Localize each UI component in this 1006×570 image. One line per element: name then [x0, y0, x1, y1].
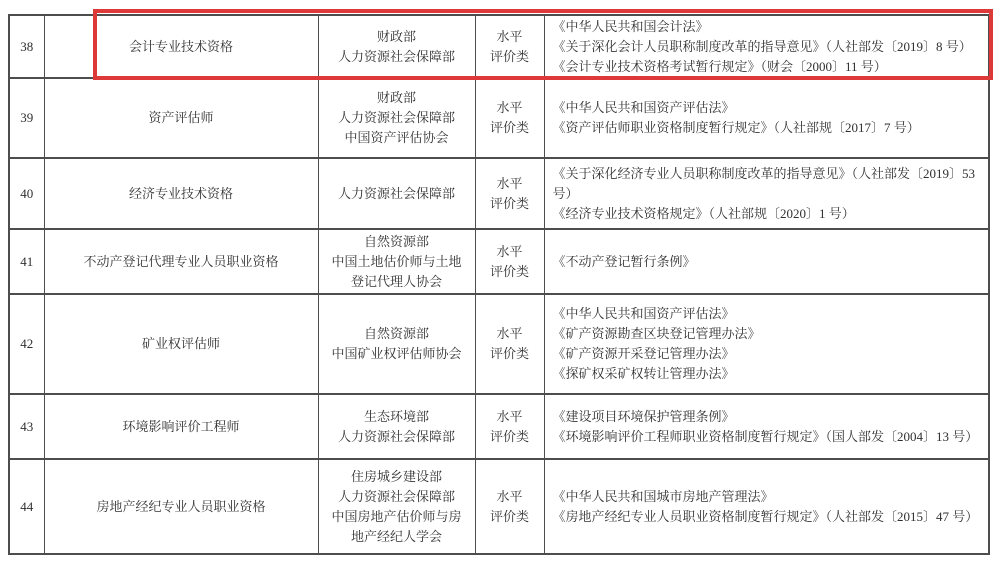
table-row: 38 会计专业技术资格 财政部 人力资源社会保障部 水平 评价类 《中华人民共和…	[9, 15, 989, 78]
qualification-name: 资产评估师	[44, 78, 318, 158]
qualification-name: 环境影响评价工程师	[44, 394, 318, 459]
qualification-category: 水平 评价类	[475, 294, 544, 394]
qualification-category: 水平 评价类	[475, 229, 544, 294]
legal-basis: 《中华人民共和国城市房地产管理法》 《房地产经纪专业人员职业资格制度暂行规定》（…	[544, 459, 989, 554]
qualification-table: 38 会计专业技术资格 财政部 人力资源社会保障部 水平 评价类 《中华人民共和…	[8, 14, 990, 555]
legal-basis: 《中华人民共和国资产评估法》 《矿产资源勘查区块登记管理办法》 《矿产资源开采登…	[544, 294, 989, 394]
legal-basis: 《建设项目环境保护管理条例》 《环境影响评价工程师职业资格制度暂行规定》（国人部…	[544, 394, 989, 459]
row-number: 39	[9, 78, 44, 158]
row-number: 41	[9, 229, 44, 294]
legal-basis: 《中华人民共和国资产评估法》 《资产评估师职业资格制度暂行规定》（人社部规〔20…	[544, 78, 989, 158]
table-row: 43 环境影响评价工程师 生态环境部 人力资源社会保障部 水平 评价类 《建设项…	[9, 394, 989, 459]
qualification-name: 矿业权评估师	[44, 294, 318, 394]
row-number: 44	[9, 459, 44, 554]
legal-basis: 《不动产登记暂行条例》	[544, 229, 989, 294]
qualification-category: 水平 评价类	[475, 394, 544, 459]
qualification-name: 经济专业技术资格	[44, 158, 318, 229]
legal-basis: 《中华人民共和国会计法》 《关于深化会计人员职称制度改革的指导意见》（人社部发〔…	[544, 15, 989, 78]
row-number: 42	[9, 294, 44, 394]
row-number: 38	[9, 15, 44, 78]
qualification-name: 不动产登记代理专业人员职业资格	[44, 229, 318, 294]
qualification-name: 房地产经纪专业人员职业资格	[44, 459, 318, 554]
table-row: 39 资产评估师 财政部 人力资源社会保障部 中国资产评估协会 水平 评价类 《…	[9, 78, 989, 158]
implementing-department: 人力资源社会保障部	[318, 158, 475, 229]
implementing-department: 住房城乡建设部 人力资源社会保障部 中国房地产估价师与房地产经纪人学会	[318, 459, 475, 554]
qualification-category: 水平 评价类	[475, 15, 544, 78]
implementing-department: 财政部 人力资源社会保障部 中国资产评估协会	[318, 78, 475, 158]
qualification-name: 会计专业技术资格	[44, 15, 318, 78]
legal-basis: 《关于深化经济专业人员职称制度改革的指导意见》（人社部发〔2019〕53 号） …	[544, 158, 989, 229]
table-row: 40 经济专业技术资格 人力资源社会保障部 水平 评价类 《关于深化经济专业人员…	[9, 158, 989, 229]
table-row: 42 矿业权评估师 自然资源部 中国矿业权评估师协会 水平 评价类 《中华人民共…	[9, 294, 989, 394]
row-number: 43	[9, 394, 44, 459]
qualification-category: 水平 评价类	[475, 158, 544, 229]
table-row: 41 不动产登记代理专业人员职业资格 自然资源部 中国土地估价师与土地登记代理人…	[9, 229, 989, 294]
qualification-category: 水平 评价类	[475, 78, 544, 158]
table-row: 44 房地产经纪专业人员职业资格 住房城乡建设部 人力资源社会保障部 中国房地产…	[9, 459, 989, 554]
implementing-department: 自然资源部 中国土地估价师与土地登记代理人协会	[318, 229, 475, 294]
implementing-department: 自然资源部 中国矿业权评估师协会	[318, 294, 475, 394]
implementing-department: 财政部 人力资源社会保障部	[318, 15, 475, 78]
document-page: 38 会计专业技术资格 财政部 人力资源社会保障部 水平 评价类 《中华人民共和…	[0, 0, 1006, 570]
row-number: 40	[9, 158, 44, 229]
implementing-department: 生态环境部 人力资源社会保障部	[318, 394, 475, 459]
qualification-category: 水平 评价类	[475, 459, 544, 554]
